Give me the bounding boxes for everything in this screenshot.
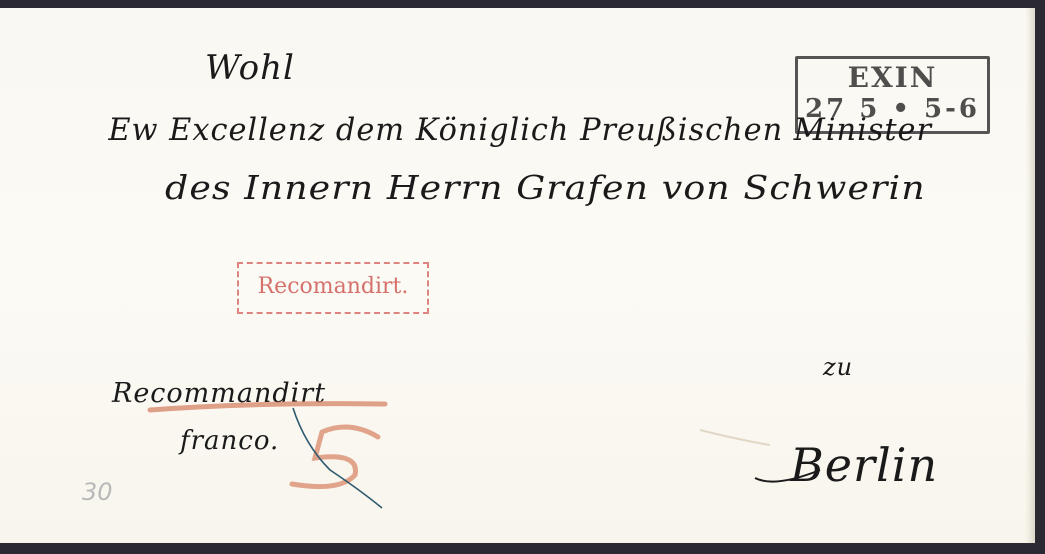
- red-crayon-underline: [150, 404, 385, 410]
- berlin-flourish: [755, 470, 820, 482]
- handwriting-strokes: [0, 0, 1045, 554]
- stain-mark: [700, 430, 770, 445]
